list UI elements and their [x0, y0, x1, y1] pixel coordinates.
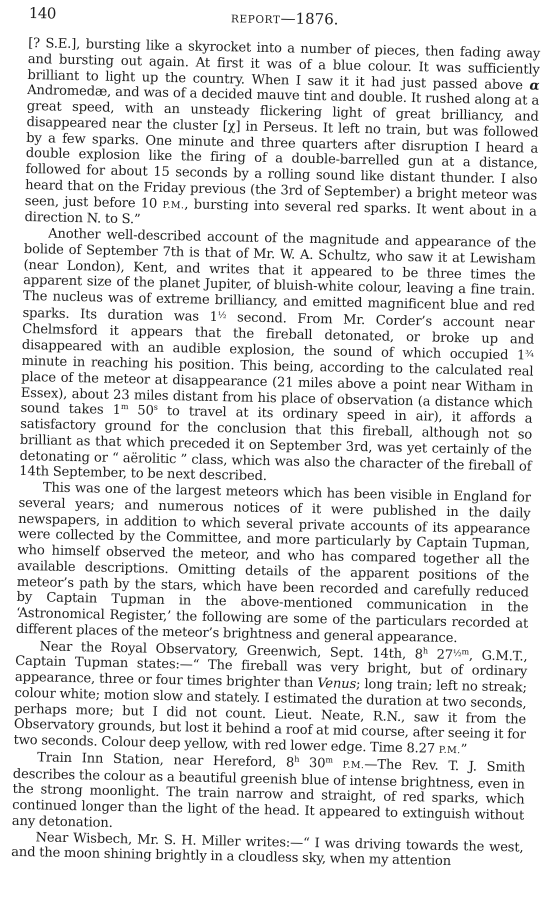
running-title: Report—1876.: [29, 4, 541, 35]
running-title-smallcaps: Report: [231, 13, 281, 26]
running-title-year: —1876.: [280, 9, 338, 28]
text-segment: α: [529, 78, 539, 93]
text-segment: Venus: [317, 676, 356, 692]
page-sheet: 140 Report—1876. [? S.E.], bursting like…: [11, 4, 541, 872]
paragraph-3: This was one of the largest meteors whic…: [16, 480, 531, 648]
text-segment: m: [325, 755, 333, 764]
text-segment: Andromedæ, and was of a decided mauve ti…: [25, 83, 540, 211]
paragraph-1: [? S.E.], bursting like a skyrocket into…: [24, 36, 540, 237]
text-segment: P.M.: [162, 199, 184, 210]
text-segment: ”: [460, 742, 467, 757]
text-segment: P.M.: [342, 759, 364, 770]
body-text: [? S.E.], bursting like a skyrocket into…: [11, 36, 540, 872]
text-segment: P.M.: [439, 745, 461, 756]
text-segment: ½: [453, 649, 462, 659]
text-segment: ½: [218, 311, 227, 321]
text-segment: 30: [299, 756, 325, 772]
scanned-page: 140 Report—1876. [? S.E.], bursting like…: [0, 0, 550, 920]
paragraph-2: Another well-described account of the ma…: [19, 226, 536, 491]
text-segment: ¾: [525, 350, 534, 360]
text-segment: 27: [428, 647, 453, 663]
text-segment: This was one of the largest meteors whic…: [16, 480, 531, 645]
text-segment: Another well-described account of the ma…: [22, 226, 536, 324]
running-head: 140 Report—1876.: [29, 4, 541, 37]
paragraph-5: Train Inn Station, near Hereford, 8h 30m…: [12, 750, 526, 840]
paragraph-4: Near the Royal Observatory, Greenwich, S…: [13, 637, 527, 760]
text-segment: 50: [128, 403, 154, 419]
